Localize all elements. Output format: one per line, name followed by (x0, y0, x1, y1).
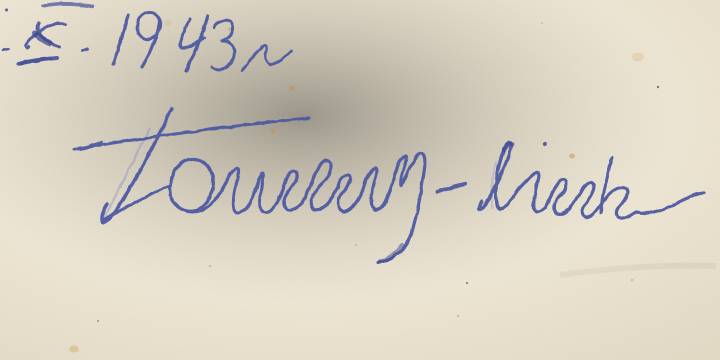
paper-grain-texture (0, 0, 720, 360)
scanned-document: Scanned handwriting in blue ink on aged … (0, 0, 720, 360)
handwriting-canvas (0, 0, 720, 360)
